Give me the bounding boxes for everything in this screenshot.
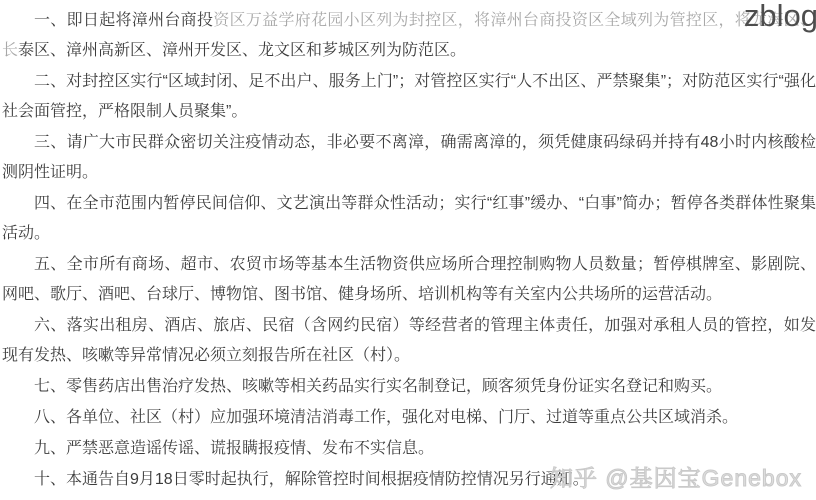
notice-document: 一、即日起将漳州台商投资区万益学府花园小区列为封控区，将漳州台商投资区全域列为管… <box>0 0 816 500</box>
text-run: 十、本通告自9月18日零时起执行，解除管控时间根据疫情防控情况另行通知。 <box>34 471 589 488</box>
text-run: 六、落实出租房、酒店、旅店、民宿（含网约民宿）等经营者的管理主体责任，加强对承租… <box>2 317 816 364</box>
notice-item-6: 六、落实出租房、酒店、旅店、民宿（含网约民宿）等经营者的管理主体责任，加强对承租… <box>2 311 816 371</box>
notice-item-10: 十、本通告自9月18日零时起执行，解除管控时间根据疫情防控情况另行通知。 <box>2 465 816 495</box>
notice-item-9: 九、严禁恶意造谣传谣、谎报瞒报疫情、发布不实信息。 <box>2 434 816 464</box>
text-run: 五、全市所有商场、超市、农贸市场等基本生活物资供应场所合理控制购物人员数量；暂停… <box>2 256 816 303</box>
text-run: 二、对封控区实行“区域封闭、足不出户、服务上门”；对管控区实行“人不出区、严禁聚… <box>2 73 816 120</box>
notice-item-1: 一、即日起将漳州台商投资区万益学府花园小区列为封控区，将漳州台商投资区全域列为管… <box>2 6 816 66</box>
notice-item-5: 五、全市所有商场、超市、农贸市场等基本生活物资供应场所合理控制购物人员数量；暂停… <box>2 250 816 310</box>
text-run: 七、零售药店出售治疗发热、咳嗽等相关药品实行实名制登记，顾客须凭身份证实名登记和… <box>34 378 722 395</box>
text-run: 四、在全市范围内暂停民间信仰、文艺演出等群众性活动；实行“红事”缓办、“白事”简… <box>2 195 816 242</box>
notice-item-4: 四、在全市范围内暂停民间信仰、文艺演出等群众性活动；实行“红事”缓办、“白事”简… <box>2 189 816 249</box>
text-run: 一、即日起将漳州台商投 <box>34 12 213 29</box>
text-run: 九、严禁恶意造谣传谣、谎报瞒报疫情、发布不实信息。 <box>34 440 434 457</box>
notice-item-8: 八、各单位、社区（村）应加强环境清洁消毒工作，强化对电梯、门厅、过道等重点公共区… <box>2 403 816 433</box>
text-run: 八、各单位、社区（村）应加强环境清洁消毒工作，强化对电梯、门厅、过道等重点公共区… <box>34 409 738 426</box>
text-run: 三、请广大市民群众密切关注疫情动态，非必要不离漳，确需离漳的，须凭健康码绿码并持… <box>2 134 816 181</box>
notice-item-3: 三、请广大市民群众密切关注疫情动态，非必要不离漳，确需离漳的，须凭健康码绿码并持… <box>2 128 816 188</box>
notice-item-7: 七、零售药店出售治疗发热、咳嗽等相关药品实行实名制登记，顾客须凭身份证实名登记和… <box>2 372 816 402</box>
text-run: 泰区、漳州高新区、漳州开发区、龙文区和芗城区列为防范区。 <box>18 42 466 59</box>
notice-item-2: 二、对封控区实行“区域封闭、足不出户、服务上门”；对管控区实行“人不出区、严禁聚… <box>2 67 816 127</box>
